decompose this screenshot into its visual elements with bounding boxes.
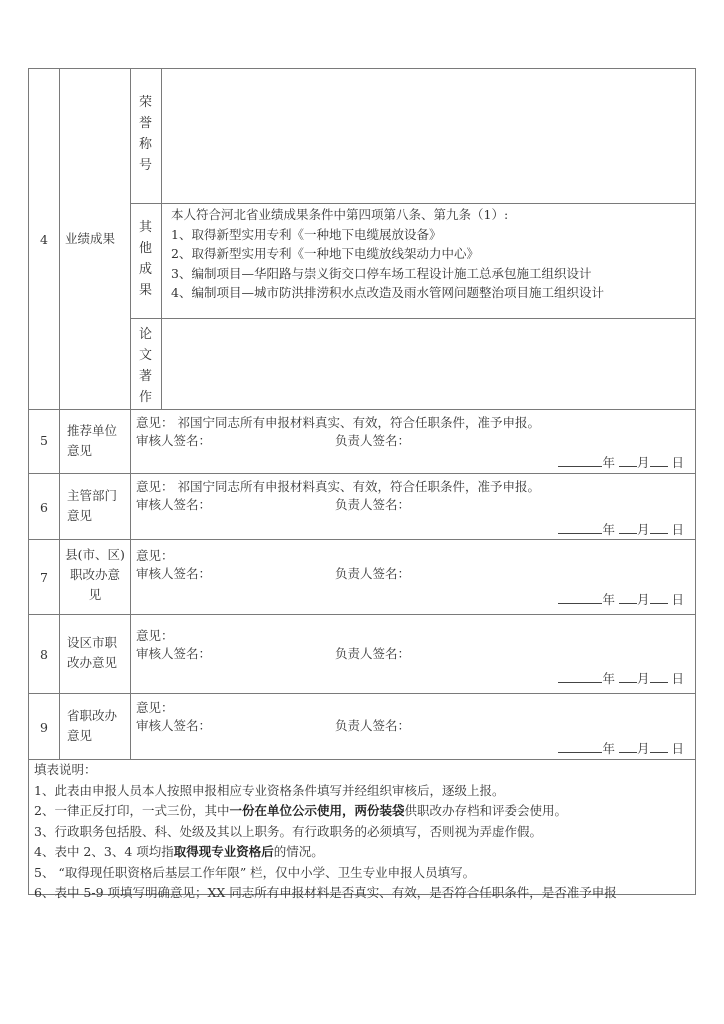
date-field: 年 月 日 <box>558 669 684 687</box>
leader-signature-label: 负责人签名： <box>335 716 410 736</box>
section-label-other-achievements: 其 他 成 果 <box>130 217 161 301</box>
row-category: 省职改办 意见 <box>67 706 137 746</box>
reviewer-signature-label: 审核人签名： <box>136 431 211 451</box>
instruction-item: 5、 “取得现任职资格后基层工作年限” 栏，仅中小学、卫生专业申报人员填写。 <box>34 863 617 884</box>
row-divider <box>130 203 696 204</box>
reviewer-signature-label: 审核人签名： <box>136 716 211 736</box>
row-category: 业绩成果 <box>65 229 135 249</box>
instructions-title: 填表说明： <box>34 760 617 781</box>
opinion-text: 意见： 祁国宁同志所有申报材料真实、有效，符合任职条件，准予申报。 <box>136 413 540 433</box>
instruction-item: 2、一律正反打印，一式三份，其中一份在单位公示使用，两份装袋供职改办存档和评委会… <box>34 801 617 822</box>
opinion-text: 意见： <box>136 546 174 566</box>
opinion-row-8: 8 设区市职 改办意见 意见： 审核人签名： 负责人签名： 年 月 日 <box>29 615 696 693</box>
instruction-item: 3、行政职务包括股、科、处级及其以上职务。有行政职务的必须填写，否则视为弄虚作假… <box>34 822 617 843</box>
opinion-row-5: 5 推荐单位 意见 意见： 祁国宁同志所有申报材料真实、有效，符合任职条件，准予… <box>29 410 696 473</box>
reviewer-signature-label: 审核人签名： <box>136 564 211 584</box>
opinion-row-6: 6 主管部门 意见 意见： 祁国宁同志所有申报材料真实、有效，符合任职条件，准予… <box>29 474 696 539</box>
leader-signature-label: 负责人签名： <box>335 495 410 515</box>
date-field: 年 月 日 <box>558 520 684 538</box>
row-category: 设区市职 改办意见 <box>67 633 137 673</box>
filling-instructions: 填表说明： 1、此表由申报人员本人按照申报相应专业资格条件填写并经组织审核后，逐… <box>29 760 696 895</box>
section-label-papers: 论 文 著 作 <box>130 324 161 408</box>
row-number: 6 <box>29 500 59 515</box>
instruction-item: 6、表中 5-9 项填写明确意见；XX 同志所有申报材料是否真实、有效，是否符合… <box>34 883 617 904</box>
section-label-honors: 荣 誉 称 号 <box>130 92 161 176</box>
other-achievements-content: 本人符合河北省业绩成果条件中第四项第八条、第九条（1）: 1、取得新型实用专利《… <box>171 205 604 303</box>
application-form-table: 4 业绩成果 荣 誉 称 号 其 他 成 果 本人符合河北省业绩成果条件中第四项… <box>28 68 696 895</box>
honors-content <box>162 69 696 203</box>
row-number: 8 <box>29 647 59 662</box>
row-number: 7 <box>29 570 59 585</box>
date-field: 年 月 日 <box>558 739 684 757</box>
opinion-row-7: 7 县(市、区) 职改办意 见 意见： 审核人签名： 负责人签名： 年 月 日 <box>29 540 696 614</box>
leader-signature-label: 负责人签名： <box>335 644 410 664</box>
opinion-text: 意见： 祁国宁同志所有申报材料真实、有效，符合任职条件，准予申报。 <box>136 477 540 497</box>
instruction-item: 4、表中 2、3、4 项均指取得现专业资格后的情况。 <box>34 842 617 863</box>
row-divider <box>130 318 696 319</box>
instruction-item: 1、此表由申报人员本人按照申报相应专业资格条件填写并经组织审核后，逐级上报。 <box>34 781 617 802</box>
row-category: 主管部门 意见 <box>67 486 137 526</box>
row-number: 5 <box>29 433 59 448</box>
leader-signature-label: 负责人签名： <box>335 564 410 584</box>
opinion-row-9: 9 省职改办 意见 意见： 审核人签名： 负责人签名： 年 月 日 <box>29 694 696 759</box>
row-category: 县(市、区) 职改办意 见 <box>60 545 130 605</box>
opinion-text: 意见： <box>136 626 174 646</box>
date-field: 年 月 日 <box>558 590 684 608</box>
reviewer-signature-label: 审核人签名： <box>136 644 211 664</box>
reviewer-signature-label: 审核人签名： <box>136 495 211 515</box>
date-field: 年 月 日 <box>558 453 684 471</box>
opinion-text: 意见： <box>136 698 174 718</box>
row-number: 9 <box>29 720 59 735</box>
row-number: 4 <box>29 232 59 247</box>
leader-signature-label: 负责人签名： <box>335 431 410 451</box>
row-category: 推荐单位 意见 <box>67 421 137 461</box>
